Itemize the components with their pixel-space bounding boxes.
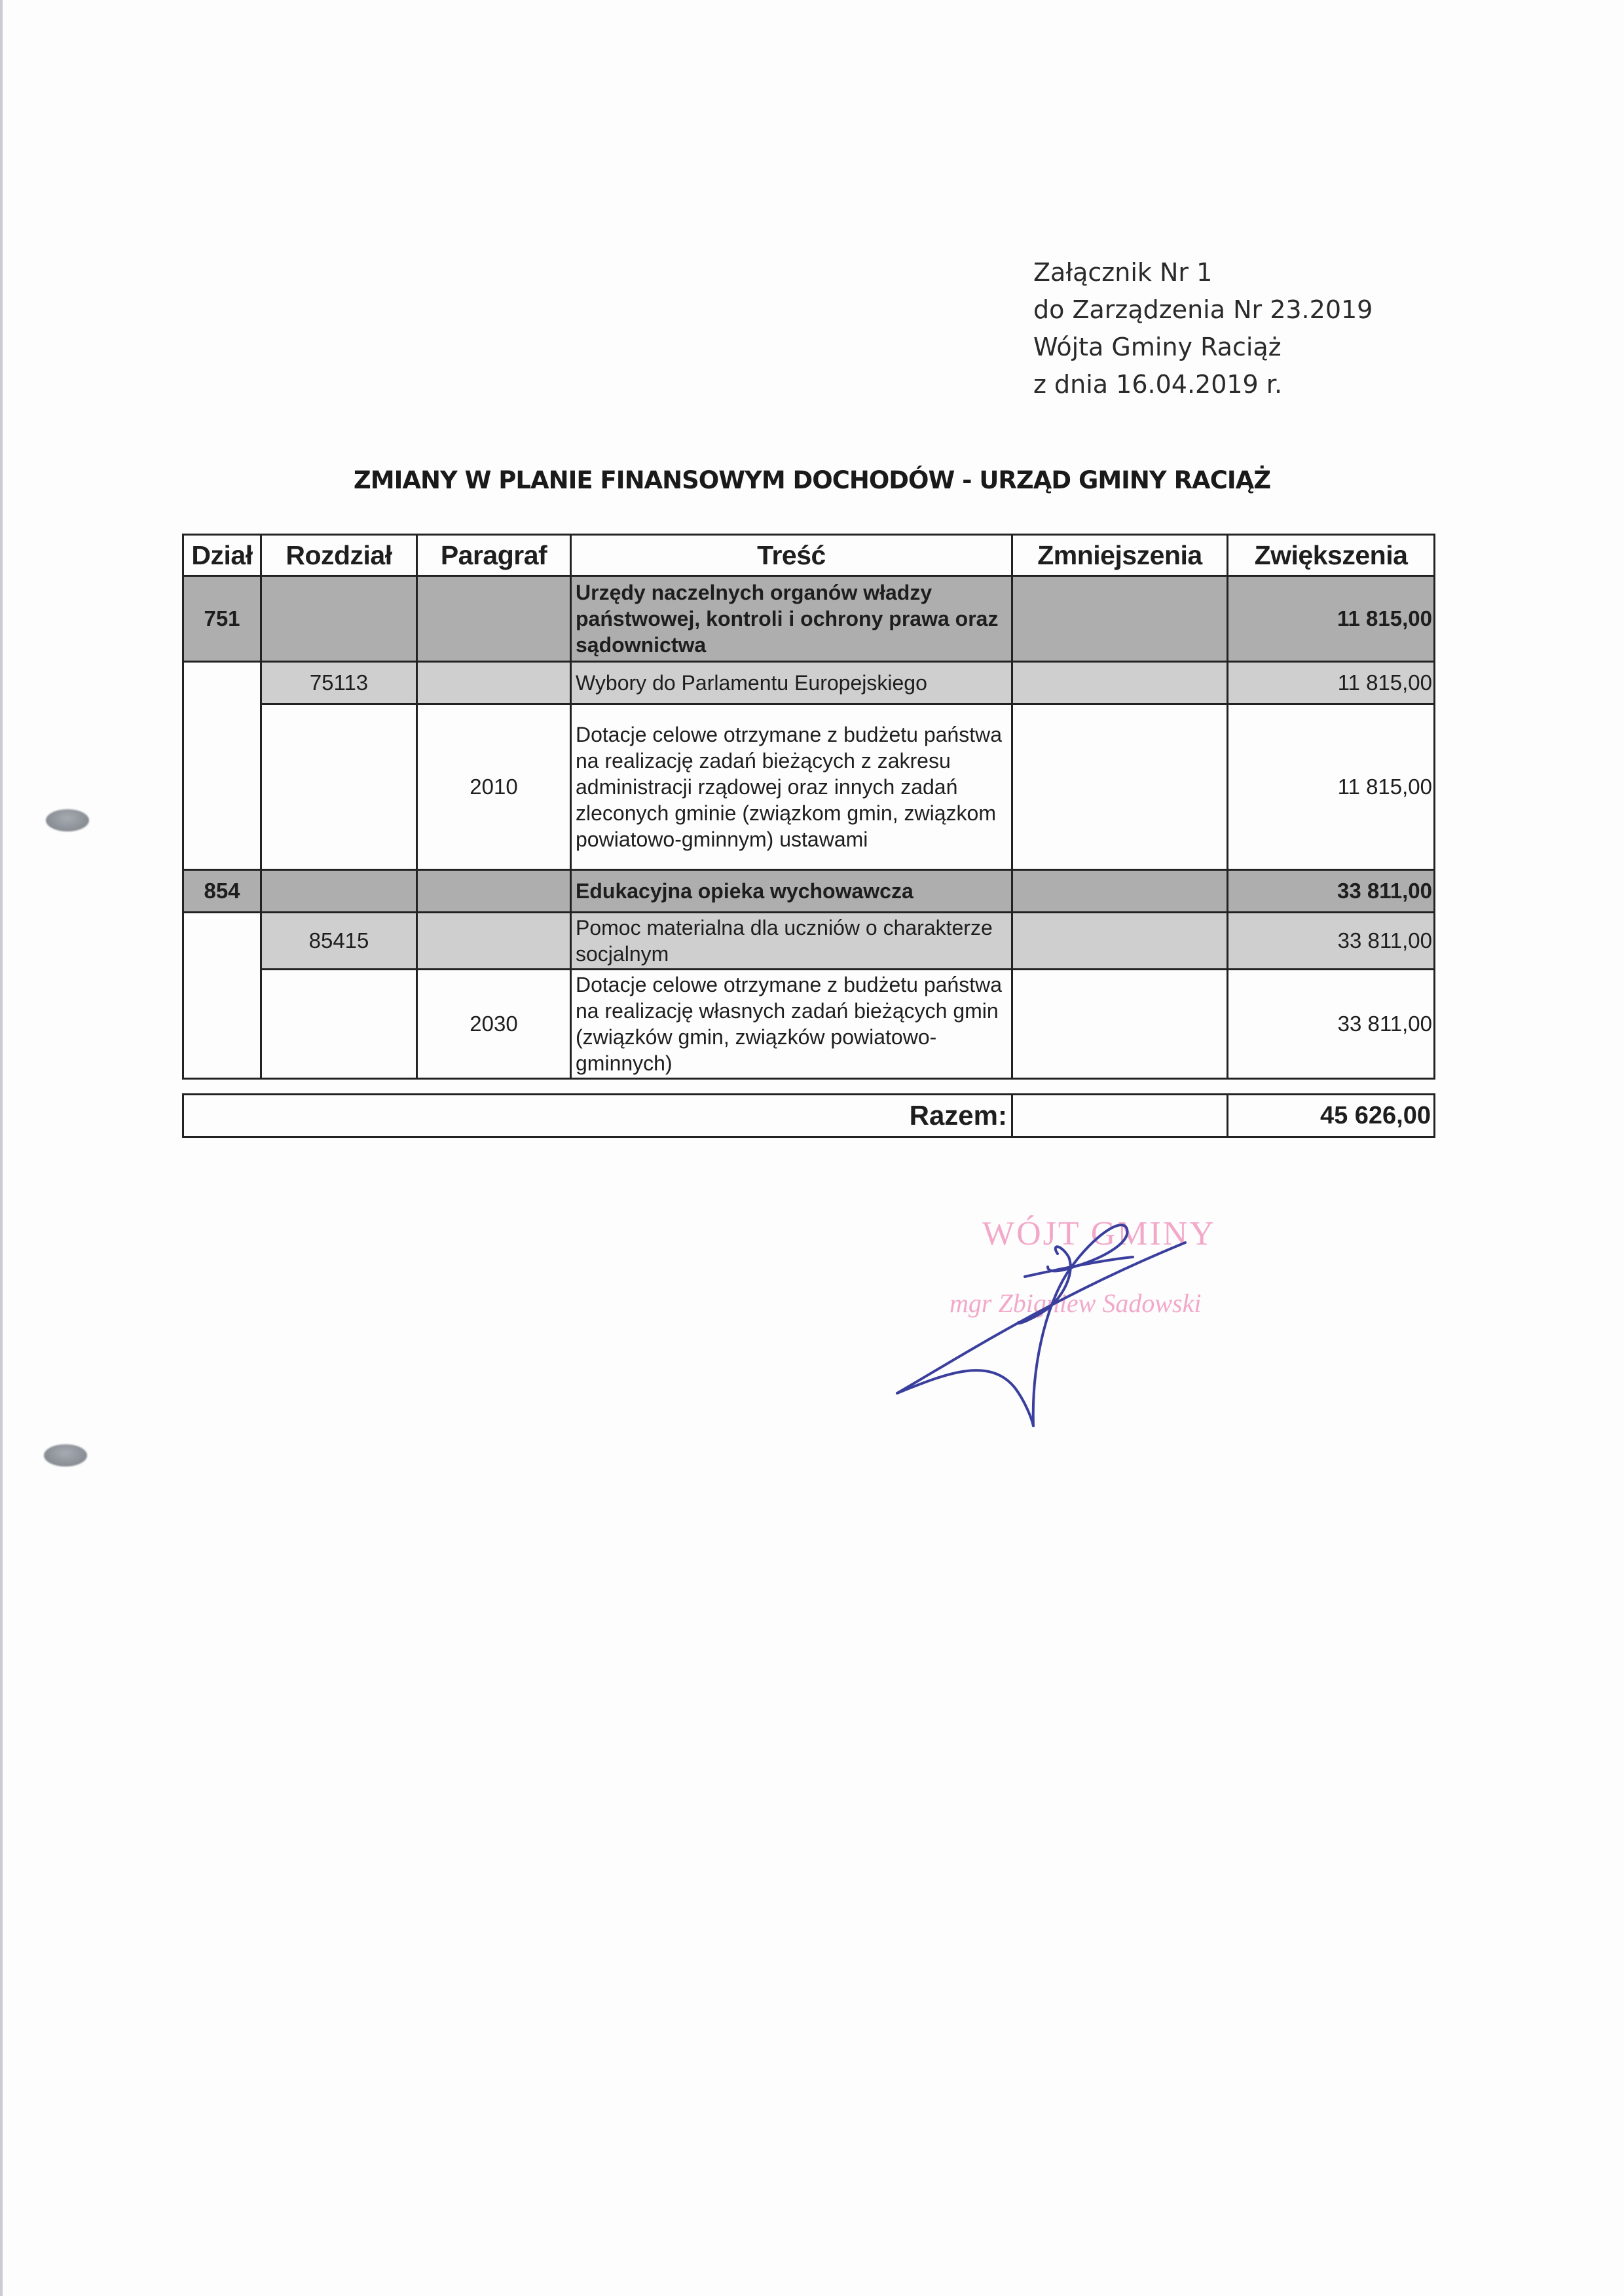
cell-paragraf — [417, 913, 571, 970]
table-header-row: Dział Rozdział Paragraf Treść Zmniejszen… — [183, 535, 1435, 576]
attachment-line: do Zarządzenia Nr 23.2019 — [1033, 291, 1373, 329]
scan-page-edge — [0, 0, 3, 2296]
cell-paragraf — [417, 576, 571, 662]
cell-dzial — [183, 913, 261, 1079]
cell-paragraf — [417, 662, 571, 704]
cell-rozdzial — [261, 970, 417, 1079]
cell-tresc: Wybory do Parlamentu Europejskiego — [571, 662, 1012, 704]
header-rozdzial: Rozdział — [261, 535, 417, 576]
cell-dzial: 751 — [183, 576, 261, 662]
cell-zmniejszenia — [1012, 870, 1228, 913]
signature-icon — [884, 1192, 1277, 1440]
cell-dzial — [183, 662, 261, 870]
cell-tresc: Edukacyjna opieka wychowawcza — [571, 870, 1012, 913]
cell-rozdzial — [261, 870, 417, 913]
total-zmniejszenia — [1012, 1095, 1228, 1137]
cell-dzial: 854 — [183, 870, 261, 913]
cell-zwiekszenia: 33 811,00 — [1228, 970, 1435, 1079]
table-row: 2010 Dotacje celowe otrzymane z budżetu … — [183, 704, 1435, 870]
header-zmniejszenia: Zmniejszenia — [1012, 535, 1228, 576]
cell-rozdzial: 75113 — [261, 662, 417, 704]
table-row: 751 Urzędy naczelnych organów władzy pań… — [183, 576, 1435, 662]
attachment-line: Wójta Gminy Raciąż — [1033, 329, 1373, 366]
cell-rozdzial — [261, 576, 417, 662]
cell-tresc: Dotacje celowe otrzymane z budżetu państ… — [571, 970, 1012, 1079]
cell-zmniejszenia — [1012, 662, 1228, 704]
cell-zwiekszenia: 11 815,00 — [1228, 704, 1435, 870]
cell-zmniejszenia — [1012, 704, 1228, 870]
cell-zmniejszenia — [1012, 576, 1228, 662]
table-row: 75113 Wybory do Parlamentu Europejskiego… — [183, 662, 1435, 704]
header-dzial: Dział — [183, 535, 261, 576]
cell-rozdzial: 85415 — [261, 913, 417, 970]
attachment-line: Załącznik Nr 1 — [1033, 254, 1373, 291]
cell-rozdzial — [261, 704, 417, 870]
cell-tresc: Pomoc materialna dla uczniów o charakter… — [571, 913, 1012, 970]
cell-paragraf: 2030 — [417, 970, 571, 1079]
attachment-header: Załącznik Nr 1 do Zarządzenia Nr 23.2019… — [1033, 254, 1373, 403]
document-title: ZMIANY W PLANIE FINANSOWYM DOCHODÓW - UR… — [0, 466, 1624, 494]
table-row: 854 Edukacyjna opieka wychowawcza 33 811… — [183, 870, 1435, 913]
cell-tresc: Dotacje celowe otrzymane z budżetu państ… — [571, 704, 1012, 870]
total-row: Razem: 45 626,00 — [183, 1095, 1435, 1137]
budget-changes-table: Dział Rozdział Paragraf Treść Zmniejszen… — [182, 534, 1435, 1080]
table-row: 85415 Pomoc materialna dla uczniów o cha… — [183, 913, 1435, 970]
attachment-line: z dnia 16.04.2019 r. — [1033, 366, 1373, 403]
total-label: Razem: — [183, 1095, 1012, 1137]
total-table: Razem: 45 626,00 — [182, 1093, 1435, 1138]
cell-zwiekszenia: 11 815,00 — [1228, 576, 1435, 662]
cell-paragraf — [417, 870, 571, 913]
cell-zmniejszenia — [1012, 913, 1228, 970]
cell-zwiekszenia: 33 811,00 — [1228, 870, 1435, 913]
cell-paragraf: 2010 — [417, 704, 571, 870]
table-row: 2030 Dotacje celowe otrzymane z budżetu … — [183, 970, 1435, 1079]
total-zwiekszenia: 45 626,00 — [1228, 1095, 1435, 1137]
cell-zmniejszenia — [1012, 970, 1228, 1079]
header-zwiekszenia: Zwiększenia — [1228, 535, 1435, 576]
header-paragraf: Paragraf — [417, 535, 571, 576]
cell-zwiekszenia: 33 811,00 — [1228, 913, 1435, 970]
punch-hole — [44, 1444, 87, 1467]
punch-hole — [46, 809, 89, 831]
header-tresc: Treść — [571, 535, 1012, 576]
cell-tresc: Urzędy naczelnych organów władzy państwo… — [571, 576, 1012, 662]
cell-zwiekszenia: 11 815,00 — [1228, 662, 1435, 704]
